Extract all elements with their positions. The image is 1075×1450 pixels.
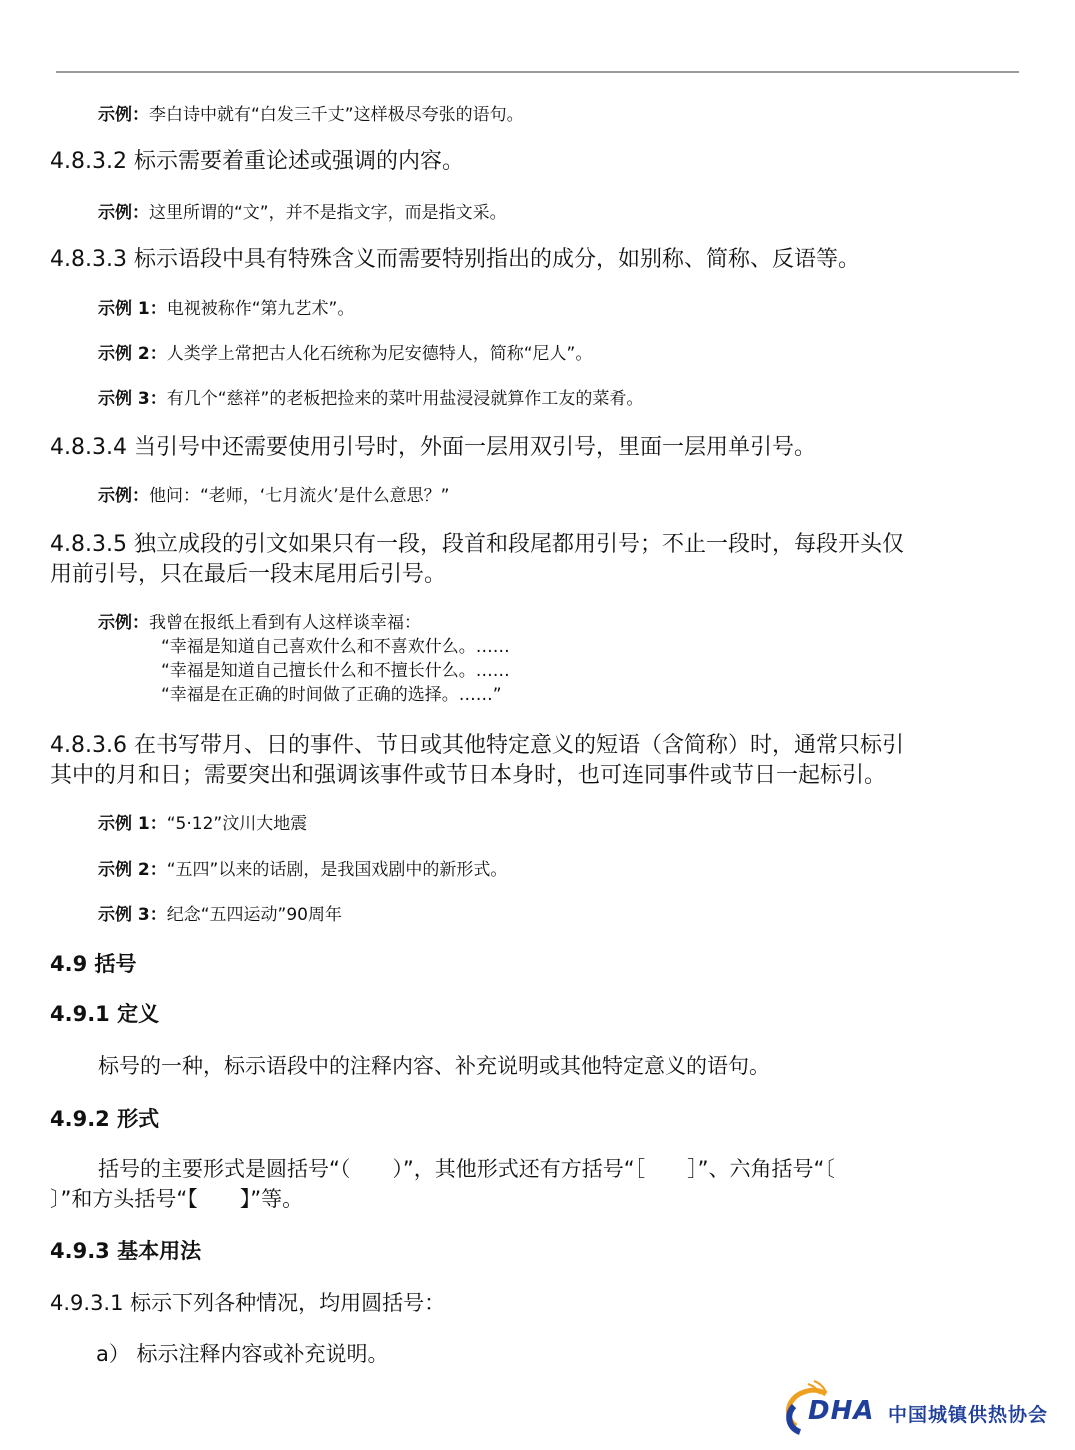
example-label: 示例 3：: [98, 389, 167, 409]
heading-line: 其中的月和日；需要突出和强调该事件或节日本身时，也可连同事件或节日一起标引。: [50, 761, 904, 791]
example-label: 示例 2：: [98, 860, 167, 880]
example: 示例：这里所谓的“文”，并不是指文字，而是指文采。: [98, 201, 507, 225]
example-text: 人类学上常把古人化石统称为尼安德特人，简称“尼人”。: [167, 344, 593, 364]
example-text: 有几个“慈祥”的老板把捡来的菜叶用盐浸浸就算作工友的菜肴。: [167, 389, 644, 409]
org-name: 中国城镇供热协会: [888, 1400, 1048, 1427]
example: 示例 1：“5·12”汶川大地震: [98, 812, 307, 836]
example: 示例 2：“五四”以来的话剧，是我国戏剧中的新形式。: [98, 858, 507, 882]
heading-4-8-3-6: 4.8.3.6 在书写带月、日的事件、节日或其他特定意义的短语（含简称）时，通常…: [50, 731, 904, 791]
example: 示例 3：有几个“慈祥”的老板把捡来的菜叶用盐浸浸就算作工友的菜肴。: [98, 387, 643, 411]
example-text: 他问：“老师，‘七月流火’是什么意思？”: [149, 486, 449, 506]
example-text: 李白诗中就有“白发三千丈”这样极尽夸张的语句。: [149, 105, 524, 125]
example-label: 示例 2：: [98, 344, 167, 364]
section-title-4-9: 4.9 括号: [50, 950, 137, 978]
example: 示例：李白诗中就有“白发三千丈”这样极尽夸张的语句。: [98, 103, 524, 127]
example-label: 示例：: [98, 105, 149, 125]
quote-line: “幸福是知道自己擅长什么和不擅长什么。……: [98, 659, 510, 683]
heading-line: 4.8.3.5 独立成段的引文如果只有一段，段首和段尾都用引号；不止一段时，每段…: [50, 530, 904, 560]
example-label: 示例 1：: [98, 814, 167, 834]
form-line: 括号的主要形式是圆括号“（ ）”，其他形式还有方括号“［ ］”、六角括号“〔: [50, 1154, 835, 1184]
heading-4-8-3-5: 4.8.3.5 独立成段的引文如果只有一段，段首和段尾都用引号；不止一段时，每段…: [50, 530, 904, 590]
example-label: 示例：: [98, 203, 149, 223]
heading-line: 用前引号，只在最后一段末尾用后引号。: [50, 560, 904, 590]
quote-line: “幸福是在正确的时间做了正确的选择。……”: [98, 683, 510, 707]
heading-4-8-3-2: 4.8.3.2 标示需要着重论述或强调的内容。: [50, 147, 464, 177]
example-text: 电视被称作“第九艺术”。: [167, 299, 355, 319]
example-text: 这里所谓的“文”，并不是指文字，而是指文采。: [149, 203, 507, 223]
heading-4-8-3-4: 4.8.3.4 当引号中还需要使用引号时，外面一层用双引号，里面一层用单引号。: [50, 433, 816, 463]
form-text: 括号的主要形式是圆括号“（ ）”，其他形式还有方括号“［ ］”、六角括号“〔 〕…: [50, 1154, 835, 1214]
example-text: “五四”以来的话剧，是我国戏剧中的新形式。: [167, 860, 508, 880]
example: 示例：他问：“老师，‘七月流火’是什么意思？”: [98, 484, 449, 508]
definition-text: 标号的一种，标示语段中的注释内容、补充说明或其他特定意义的语句。: [98, 1051, 770, 1081]
example: 示例 3：纪念“五四运动”90周年: [98, 903, 342, 927]
quote-line: “幸福是知道自己喜欢什么和不喜欢什么。……: [98, 635, 510, 659]
section-title-4-9-3: 4.9.3 基本用法: [50, 1237, 201, 1265]
example-text: 纪念“五四运动”90周年: [167, 905, 342, 925]
header-rule: [56, 71, 1019, 73]
heading-line: 4.8.3.6 在书写带月、日的事件、节日或其他特定意义的短语（含简称）时，通常…: [50, 731, 904, 761]
example-label: 示例 1：: [98, 299, 167, 319]
example-quote-block: 示例：我曾在报纸上看到有人这样谈幸福： “幸福是知道自己喜欢什么和不喜欢什么。……: [98, 611, 510, 707]
usage-4-9-3-1: 4.9.3.1 标示下列各种情况，均用圆括号：: [50, 1288, 445, 1318]
section-title-4-9-2: 4.9.2 形式: [50, 1105, 159, 1133]
example-text: “5·12”汶川大地震: [167, 814, 307, 834]
example: 示例 1：电视被称作“第九艺术”。: [98, 297, 354, 321]
form-line: 〕”和方头括号“【 】”等。: [50, 1184, 835, 1214]
example-label: 示例：: [98, 486, 149, 506]
heading-4-8-3-3: 4.8.3.3 标示语段中具有特殊含义而需要特别指出的成分，如别称、简称、反语等…: [50, 245, 860, 275]
footer-logo: DHA 中国城镇供热协会: [778, 1378, 1058, 1438]
example: 示例 2：人类学上常把古人化石统称为尼安德特人，简称“尼人”。: [98, 342, 592, 366]
section-title-4-9-1: 4.9.1 定义: [50, 1000, 159, 1028]
example-label: 示例 3：: [98, 905, 167, 925]
logo-text: DHA: [808, 1396, 874, 1426]
example-label: 示例：: [98, 613, 149, 633]
usage-item-a: a） 标示注释内容或补充说明。: [96, 1339, 389, 1369]
example-text: 我曾在报纸上看到有人这样谈幸福：: [149, 613, 421, 633]
